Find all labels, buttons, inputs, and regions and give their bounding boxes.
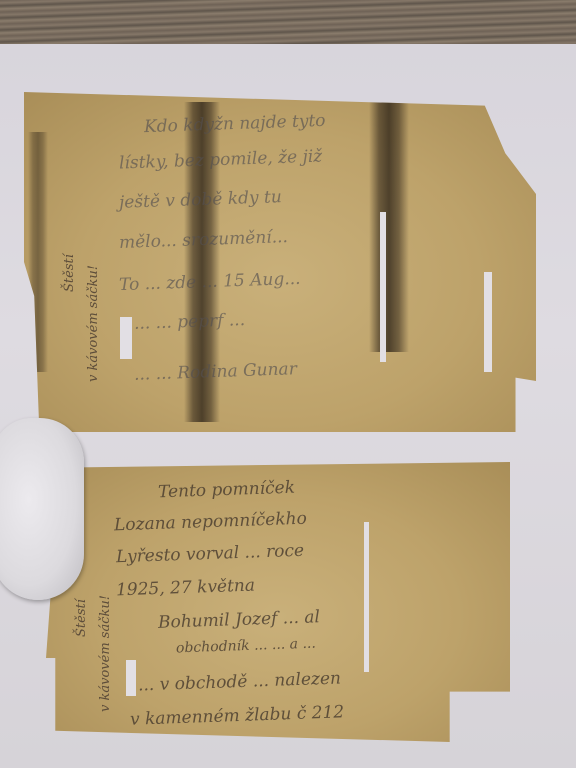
handwriting-line: Lyřesto vorval ... roce xyxy=(116,541,305,568)
note-top: Štěstí v kávovém sáčku! Kdo kdyžn najde … xyxy=(24,92,536,432)
tear xyxy=(380,212,386,362)
note-bottom: Štěstí v kávovém sáčku! Tento pomníček L… xyxy=(46,462,510,742)
handwriting-line: lístky, bez pomile, že již xyxy=(119,146,323,173)
tear xyxy=(126,660,136,696)
handwriting-line: mělo... srozumění... xyxy=(119,227,289,253)
handwriting-line: 1925, 27 května xyxy=(116,576,256,601)
handwriting-line: Bohumil Jozef ... al xyxy=(158,607,321,633)
tear xyxy=(484,272,492,372)
mold-stain xyxy=(369,102,409,352)
printed-line-1: Štěstí xyxy=(74,599,89,637)
handwriting-line: ještě v době kdy tu xyxy=(119,187,282,213)
printed-line-2: v kávovém sáčku! xyxy=(98,595,113,712)
printed-line-2: v kávovém sáčku! xyxy=(86,265,101,382)
handwriting-line: ... ... peprf ... xyxy=(134,310,246,334)
handwriting-line: Tento pomníček xyxy=(158,478,296,503)
handwriting-line: Kdo kdyžn najde tyto xyxy=(144,111,326,137)
handwriting-line: v kamenném žlabu č 212 xyxy=(130,702,345,729)
tear xyxy=(120,317,132,359)
printed-line-1: Štěstí xyxy=(62,254,77,292)
handwriting-line: To ... zde ... 15 Aug... xyxy=(119,269,301,295)
handwriting-line: ... ... Rodina Gunar xyxy=(134,359,297,385)
handwriting-line: obchodník ... ... a ... xyxy=(176,636,316,657)
eraser xyxy=(0,418,84,600)
handwriting-line: ... v obchodě ... nalezen xyxy=(138,668,342,695)
handwriting-line: Lozana nepomníčekho xyxy=(114,509,307,536)
tear xyxy=(364,522,369,672)
